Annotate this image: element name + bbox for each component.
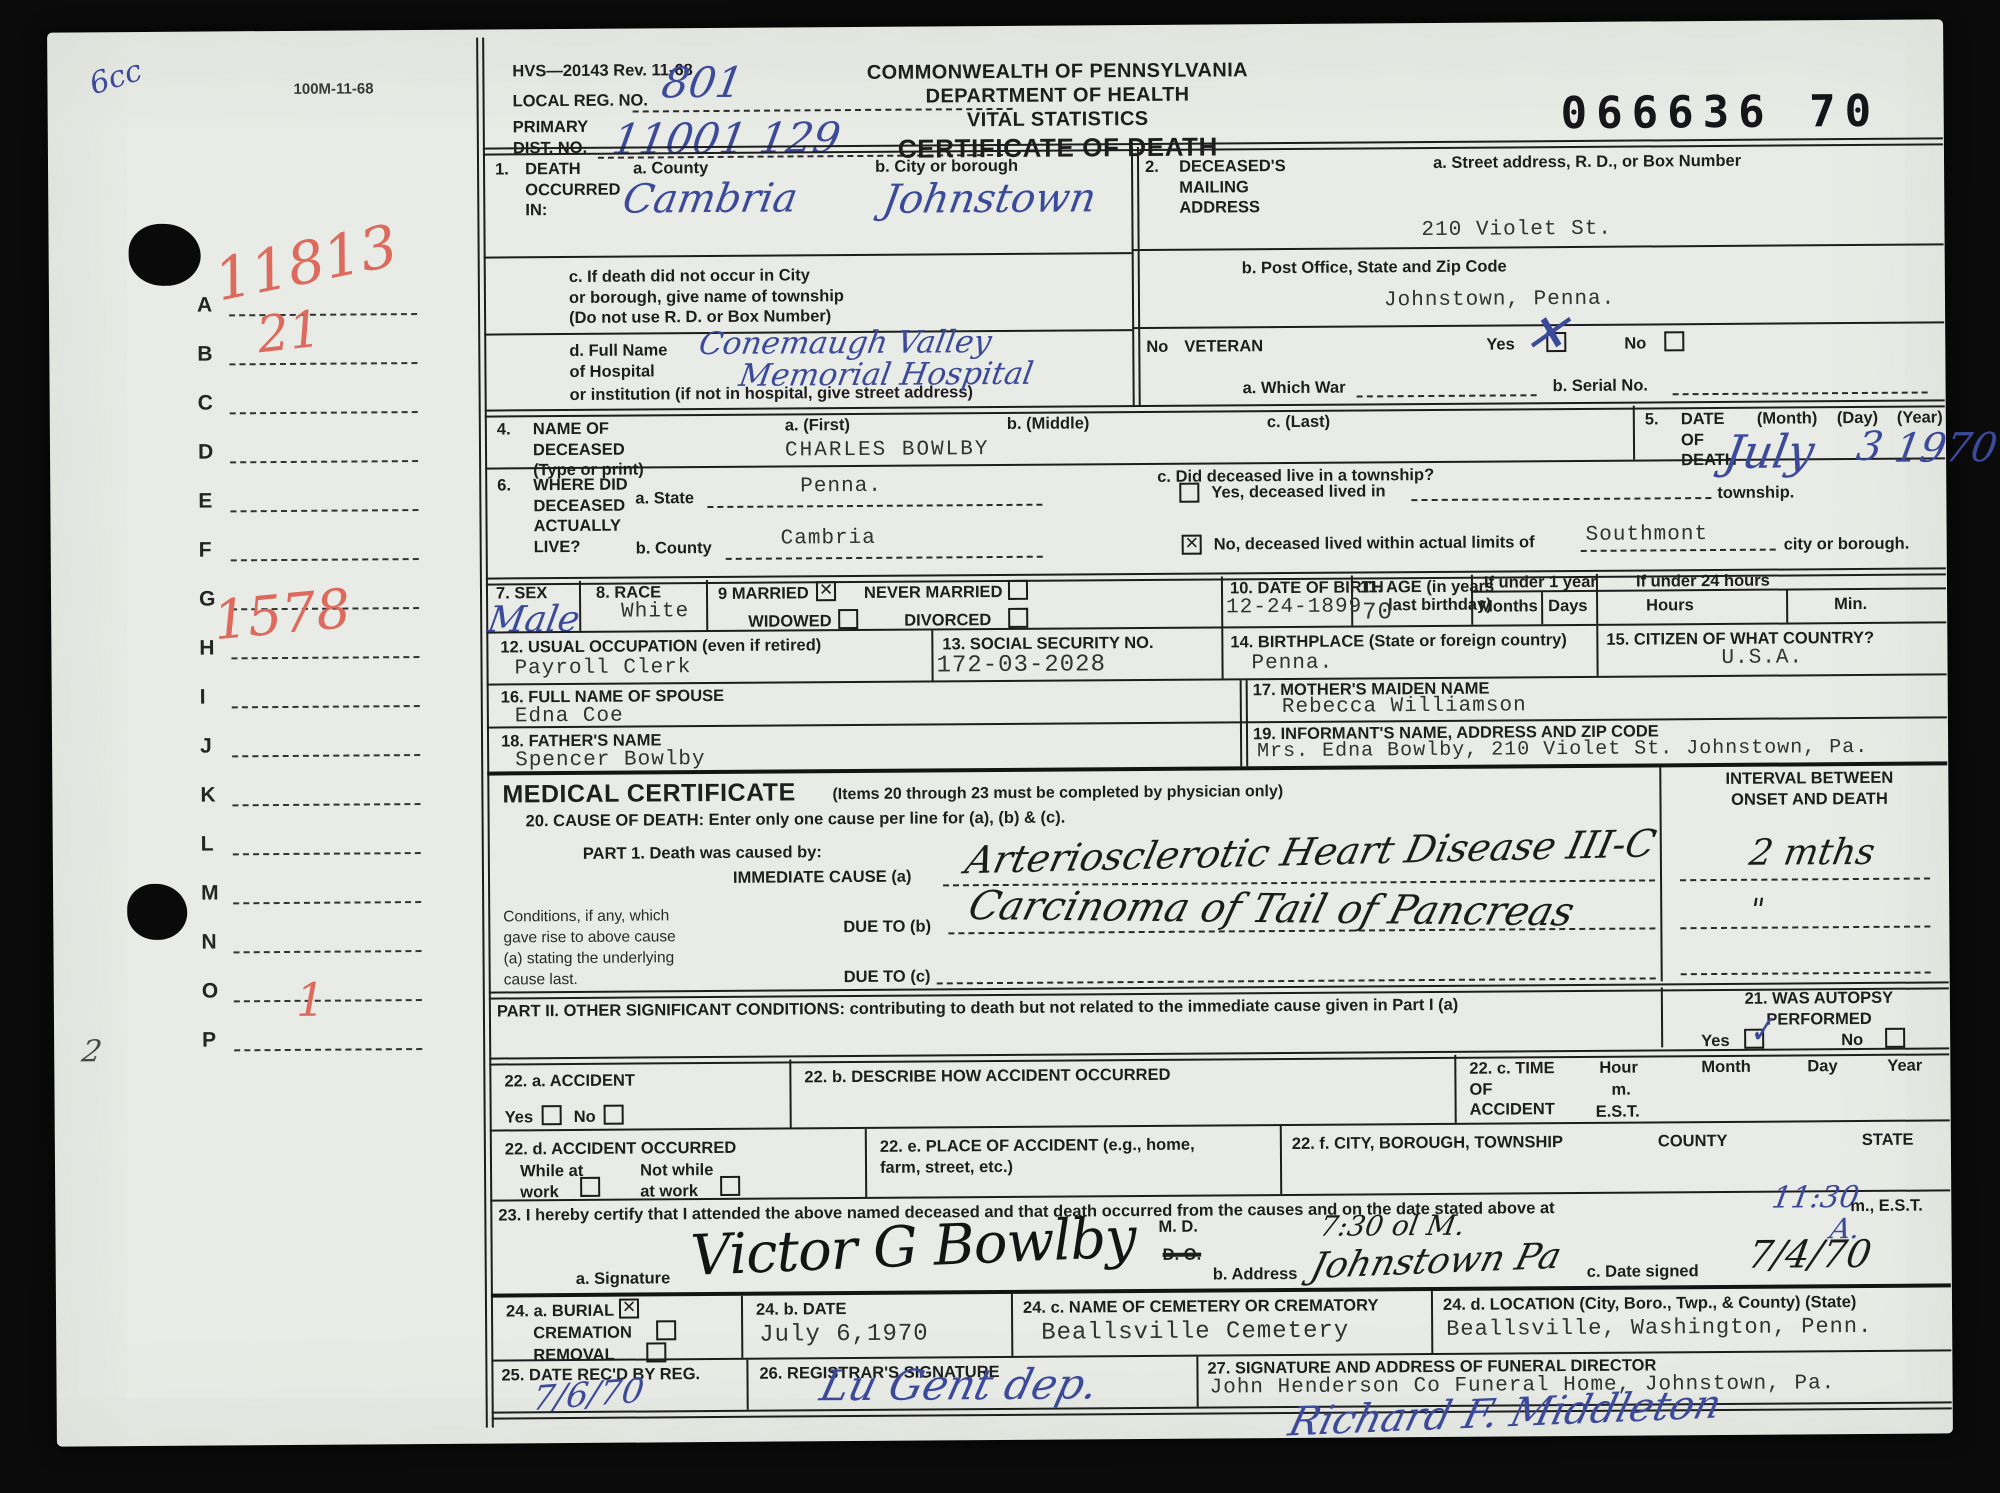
s22f-county-label: COUNTY [1658, 1131, 1728, 1152]
s22d-label: 22. d. ACCIDENT OCCURRED [505, 1138, 736, 1160]
s4b-label: b. (Middle) [1007, 413, 1090, 434]
s1c-label: c. If death did not occur in City or bor… [569, 265, 844, 329]
s20-label: 20. CAUSE OF DEATH: Enter only one cause… [526, 808, 1066, 832]
divider-vertical [706, 580, 708, 630]
s1-label: DEATH OCCURRED IN: [525, 159, 621, 222]
s22c-label: 22. c. TIME OF ACCIDENT [1469, 1058, 1555, 1120]
s5-year-value: 1970 [1891, 425, 2000, 472]
s22c-day-label: Day [1807, 1056, 1837, 1077]
s2b-value: Johnstown, Penna. [1384, 288, 1615, 313]
s20-conditions-note: Conditions, if any, which gave rise to a… [503, 906, 676, 991]
s17-value: Rebecca Williamson [1282, 694, 1527, 719]
s22e-label: 22. e. PLACE OF ACCIDENT (e.g., home, fa… [880, 1135, 1195, 1178]
divider [484, 252, 1132, 259]
s13-value: 172-03-2028 [936, 651, 1106, 679]
s24d-label: 24. d. LOCATION (City, Boro., Twp., & Co… [1443, 1292, 1857, 1316]
s23-do-label-crossed: D. O. [1163, 1245, 1202, 1266]
interval-b-line [1680, 926, 1930, 930]
divider [490, 1119, 1950, 1131]
punch-hole [128, 224, 200, 287]
s9-never-checkbox [1008, 580, 1028, 600]
s6c-no-value: Southmont [1586, 523, 1709, 547]
s1a-value: Cambria [619, 175, 801, 222]
divider-vertical [1454, 1055, 1456, 1123]
s22a-label: 22. a. ACCIDENT [504, 1071, 635, 1093]
s21-no-checkbox [1885, 1028, 1905, 1048]
divider [487, 673, 1947, 685]
s6a-value: Penna. [800, 475, 882, 499]
divider-vertical [1596, 626, 1598, 676]
print-code: 100M-11-68 [293, 80, 373, 99]
s3-label: VETERAN [1184, 336, 1263, 357]
margin-letter: F [199, 539, 212, 563]
s18-value: Spencer Bowlby [515, 748, 706, 772]
s22c-hour-label: Hour [1599, 1058, 1638, 1079]
margin-red-number-b: 21 [254, 300, 324, 365]
margin-line [234, 950, 422, 953]
margin-letter: J [200, 735, 212, 759]
s20-due-c-label: DUE TO (c) [844, 966, 931, 987]
s22f-label: 22. f. CITY, BOROUGH, TOWNSHIP [1292, 1132, 1563, 1155]
divider-vertical [1431, 1291, 1433, 1353]
s2a-value: 210 Violet St. [1421, 218, 1612, 242]
s1d-value-2: Memorial Hospital [736, 356, 1035, 394]
s6c-city-line [1581, 549, 1776, 552]
s22a-yes-label: Yes [505, 1107, 534, 1128]
s6c-yes-label: Yes, deceased lived in [1211, 481, 1385, 503]
s22a-no-label: No [574, 1107, 596, 1128]
s7-value: Male [485, 599, 583, 641]
margin-line [230, 460, 418, 463]
margin-line [231, 656, 419, 659]
under1-days-label: Days [1548, 596, 1588, 617]
s12-label: 12. USUAL OCCUPATION (even if retired) [500, 635, 821, 658]
s23-address-handwritten-2: Johnstown Pa [1307, 1236, 1566, 1287]
death-certificate-sheet: 6cc 100M-11-68 A B C D E F G H I J K L M… [47, 19, 1953, 1446]
margin-letter: L [201, 832, 214, 856]
divider [492, 1401, 1952, 1419]
s20-due-b-label: DUE TO (b) [843, 916, 931, 937]
margin-line [229, 362, 417, 365]
margin-letter: B [197, 342, 212, 366]
margin-red-number-a: 11813 [209, 211, 403, 314]
divider-vertical [1280, 1126, 1282, 1194]
divider-vertical [1221, 628, 1223, 678]
s23-md-label: M. D. [1158, 1217, 1198, 1238]
margin-red-number-p: 1 [296, 973, 326, 1027]
certificate-form: HVS—20143 Rev. 11-68 LOCAL REG. NO. 801 … [482, 19, 1952, 1443]
s6c-no-label: No, deceased lived within actual limits … [1214, 532, 1535, 555]
s24a-cremation-checkbox [656, 1320, 676, 1340]
s6b-label: b. County [636, 538, 712, 559]
divider-vertical [1541, 592, 1543, 624]
s21-label: 21. WAS AUTOPSY PERFORMED [1699, 987, 1939, 1030]
s22d-not-checkbox [720, 1176, 740, 1196]
s22f-state-label: STATE [1862, 1130, 1914, 1151]
s22c-month-label: Month [1701, 1057, 1751, 1078]
s24a-cremation-label: CREMATION [533, 1323, 632, 1344]
margin-line [231, 558, 419, 561]
divider-vertical [1661, 987, 1663, 1047]
divider-vertical [1786, 590, 1788, 622]
s2-label: DECEASED'S MAILING ADDRESS [1179, 156, 1286, 219]
divider-vertical [741, 1296, 743, 1358]
medical-certificate-subtitle: (Items 20 through 23 must be completed b… [832, 782, 1283, 805]
s24a-burial-checkbox: ✕ [619, 1299, 639, 1319]
s6-label: WHERE DID DECEASED ACTUALLY LIVE? [533, 475, 628, 558]
s6c-township-line [1411, 497, 1711, 501]
s6b-line [726, 556, 1043, 560]
s22d-while-label: While at work [520, 1161, 584, 1203]
s5-month-value: July [1720, 424, 1818, 479]
s9-married-checkbox: ✕ [816, 581, 836, 601]
margin-note-6cc: 6cc [85, 53, 146, 102]
s24b-label: 24. b. DATE [756, 1299, 847, 1320]
margin-line [232, 803, 420, 806]
margin-letter: E [198, 489, 212, 513]
s9-widowed-checkbox [838, 609, 858, 629]
s14-label: 14. BIRTHPLACE (State or foreign country… [1230, 630, 1567, 653]
interval-a-value: 2 mths [1746, 832, 1878, 874]
margin-line [232, 705, 420, 708]
s4c-label: c. (Last) [1267, 412, 1330, 433]
margin-letter: O [202, 979, 219, 1003]
divider-vertical [1011, 1294, 1013, 1356]
s3-no-label: No [1624, 333, 1646, 354]
s3a-line [1357, 394, 1537, 397]
s5-day-value: 3 [1853, 424, 1886, 470]
s3-yes-handwritten-x: ✕ [1519, 304, 1573, 364]
s3b-line [1673, 392, 1928, 396]
s22a-yes-checkbox [542, 1105, 562, 1125]
s24a-burial-label: 24. a. BURIAL [506, 1301, 614, 1322]
divider-vertical [1633, 406, 1635, 460]
margin-letter: K [200, 783, 215, 807]
s20-part1-label: PART 1. Death was caused by: [583, 842, 822, 864]
s24a-removal-label: REMOVAL [533, 1345, 614, 1366]
s4-label: NAME OF DECEASED (Type or print) [533, 418, 644, 481]
margin-letter: A [197, 293, 212, 317]
s15-value: U.S.A. [1721, 646, 1803, 670]
s20-b-value: Carcinoma of Tail of Pancreas [964, 883, 1580, 935]
s24c-value: Beallsville Cemetery [1041, 1318, 1349, 1347]
margin-letter: D [198, 440, 213, 464]
under1-label: If under 1 year [1484, 572, 1597, 593]
under1-months-label: Months [1479, 596, 1538, 617]
s1-number: 1. [495, 159, 509, 180]
s24c-label: 24. c. NAME OF CEMETERY OR CREMATORY [1023, 1295, 1379, 1318]
s26-signature: Lu Gent dep. [816, 1359, 1104, 1410]
s23-time-handwritten: 11:30 [1769, 1180, 1861, 1216]
margin-letter: N [201, 930, 216, 954]
s6a-line [707, 504, 1042, 508]
s22d-while-checkbox [580, 1177, 600, 1197]
margin-letter: H [199, 636, 214, 660]
margin-line [233, 852, 421, 855]
s2a-label: a. Street address, R. D., or Box Number [1433, 151, 1741, 174]
s6b-value: Cambria [781, 527, 876, 551]
s22c-year-label: Year [1887, 1056, 1922, 1077]
s24d-value: Beallsville, Washington, Penn. [1446, 1314, 1872, 1342]
s12-value: Payroll Clerk [514, 656, 691, 680]
under24-min-label: Min. [1834, 594, 1867, 615]
local-reg-value: 801 [658, 58, 746, 108]
x-mark-icon: ✕ [622, 1298, 636, 1318]
s22c-m-label: m. [1611, 1080, 1630, 1101]
s3a-label: a. Which War [1243, 378, 1346, 399]
x-mark-icon: ✕ [1185, 534, 1199, 554]
margin-line [234, 999, 422, 1002]
under24-label: If under 24 hours [1636, 571, 1770, 593]
s9-divorced-checkbox [1008, 608, 1028, 628]
divider-vertical [1659, 767, 1662, 981]
s4a-label: a. (First) [785, 415, 850, 436]
divider-vertical [1196, 1357, 1198, 1407]
divider-vertical [789, 1059, 791, 1127]
margin-letter: I [200, 686, 206, 710]
s4-value: CHARLES BOWLBY [785, 438, 990, 462]
s3-no-checkbox [1664, 331, 1684, 351]
s22a-no-checkbox [604, 1105, 624, 1125]
s6a-label: a. State [635, 488, 694, 509]
s6c-yes-checkbox [1179, 483, 1199, 503]
interval-b-value: " [1747, 893, 1767, 928]
s2-number: 2. [1145, 157, 1159, 178]
s6c-township-label: township. [1717, 482, 1794, 503]
margin-letter: P [202, 1028, 216, 1052]
s23-date-signed-label: c. Date signed [1587, 1261, 1699, 1282]
s19-value: Mrs. Edna Bowlby, 210 Violet St. Johnsto… [1257, 736, 1868, 763]
s20-immediate-cause-label: IMMEDIATE CAUSE (a) [733, 867, 912, 889]
divider-vertical [865, 1129, 867, 1197]
margin-red-number-h: 1578 [210, 577, 353, 653]
margin-pencil-note: 2 [79, 1034, 104, 1069]
s10-value: 12-24-1899 [1226, 595, 1362, 619]
s2b-label: b. Post Office, State and Zip Code [1242, 256, 1507, 278]
margin-line [230, 509, 418, 512]
s3-number: No [1146, 337, 1168, 358]
s5-number: 5. [1645, 409, 1659, 430]
s1b-value: Johnstown [879, 175, 1099, 223]
s8-value: White [621, 600, 689, 623]
form-left-border [476, 38, 494, 1428]
s6c-city-label: city or borough. [1784, 534, 1910, 556]
s20-a-value: Arteriosclerotic Heart Disease III-C [962, 821, 1661, 882]
margin-line [232, 754, 420, 757]
s23-address-handwritten-1: 7:30 ol M. [1318, 1209, 1468, 1243]
margin-line [233, 901, 421, 904]
margin-letter: C [198, 391, 213, 415]
s6-number: 6. [497, 475, 511, 496]
s22c-est-label: E.S.T. [1596, 1102, 1640, 1123]
under24-hours-label: Hours [1646, 595, 1694, 616]
x-mark-icon: ✕ [819, 580, 833, 600]
divider-vertical [1131, 147, 1141, 407]
margin-letter: M [201, 881, 219, 905]
interval-header: INTERVAL BETWEEN ONSET AND DEATH [1679, 767, 1939, 810]
s23-signature-label: a. Signature [576, 1268, 671, 1289]
s11-value: 70 [1362, 599, 1393, 626]
s1b-label: b. City or borough [875, 156, 1018, 178]
s4-number: 4. [497, 419, 511, 440]
divider-vertical [931, 630, 933, 680]
s3b-label: b. Serial No. [1553, 375, 1649, 396]
s23-address-label: b. Address [1213, 1264, 1298, 1285]
s24b-value: July 6,1970 [759, 1321, 929, 1349]
margin-line [234, 1048, 422, 1051]
s9-married-label: 9 MARRIED [718, 583, 809, 604]
interval-c-line [1681, 972, 1931, 976]
local-reg-label: LOCAL REG. NO. [513, 90, 649, 112]
s22d-not-label: Not while at work [640, 1160, 714, 1202]
s23-date-signed-value: 7/4/70 [1745, 1232, 1875, 1277]
s1d-label: d. Full Name of Hospital [569, 340, 667, 382]
margin-line [230, 411, 418, 414]
divider-vertical [1221, 576, 1223, 626]
divider-vertical [746, 1360, 748, 1410]
divider [1132, 243, 1944, 251]
s11-label-2: last birthday) [1388, 595, 1492, 616]
s22b-label: 22. b. DESCRIBE HOW ACCIDENT OCCURRED [804, 1065, 1170, 1088]
punch-hole [127, 884, 187, 940]
certificate-number: 066636 70 [1561, 86, 1881, 139]
divider [487, 716, 1947, 728]
medical-certificate-title: MEDICAL CERTIFICATE [502, 777, 796, 810]
s9-never-label: NEVER MARRIED [864, 582, 1003, 604]
s14-value: Penna. [1251, 652, 1333, 676]
interval-a-line [1680, 878, 1930, 882]
s6c-no-checkbox: ✕ [1182, 535, 1202, 555]
s3-yes-label: Yes [1486, 334, 1515, 355]
